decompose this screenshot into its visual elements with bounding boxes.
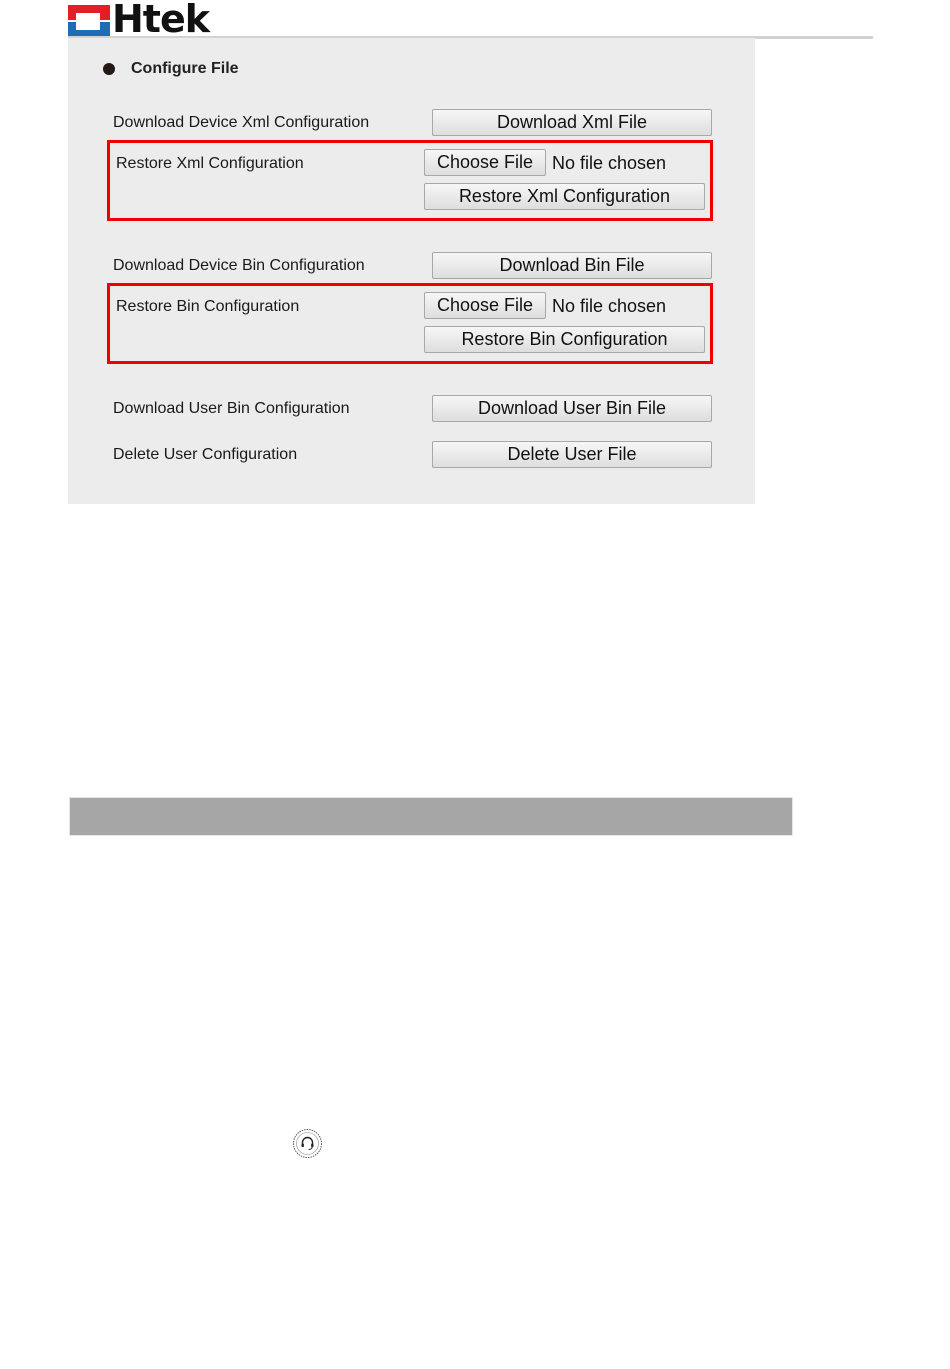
restore-xml-button[interactable]: Restore Xml Configuration	[424, 183, 705, 210]
logo-text: Htek	[112, 2, 209, 38]
choose-xml-file-button[interactable]: Choose File	[424, 149, 546, 176]
configure-file-panel: Configure File Download Device Xml Confi…	[68, 38, 755, 504]
htek-logo: Htek	[68, 2, 209, 38]
delete-user-file-button[interactable]: Delete User File	[432, 441, 712, 468]
logo-mark-icon	[68, 5, 110, 38]
headset-icon	[291, 1128, 324, 1159]
section-title-text: Configure File	[131, 60, 239, 78]
xml-file-status: No file chosen	[552, 153, 666, 174]
download-bin-button[interactable]: Download Bin File	[432, 252, 712, 279]
download-user-bin-button[interactable]: Download User Bin File	[432, 395, 712, 422]
restore-bin-label: Restore Bin Configuration	[116, 298, 299, 316]
table-header-bar	[69, 797, 793, 836]
bin-file-status: No file chosen	[552, 296, 666, 317]
download-xml-label: Download Device Xml Configuration	[113, 114, 369, 132]
download-bin-label: Download Device Bin Configuration	[113, 257, 365, 275]
download-xml-button[interactable]: Download Xml File	[432, 109, 712, 136]
bullet-icon	[103, 63, 115, 75]
restore-xml-label: Restore Xml Configuration	[116, 155, 304, 173]
choose-bin-file-button[interactable]: Choose File	[424, 292, 546, 319]
download-user-bin-label: Download User Bin Configuration	[113, 400, 350, 418]
section-title: Configure File	[103, 60, 239, 78]
restore-bin-button[interactable]: Restore Bin Configuration	[424, 326, 705, 353]
delete-user-label: Delete User Configuration	[113, 446, 297, 464]
